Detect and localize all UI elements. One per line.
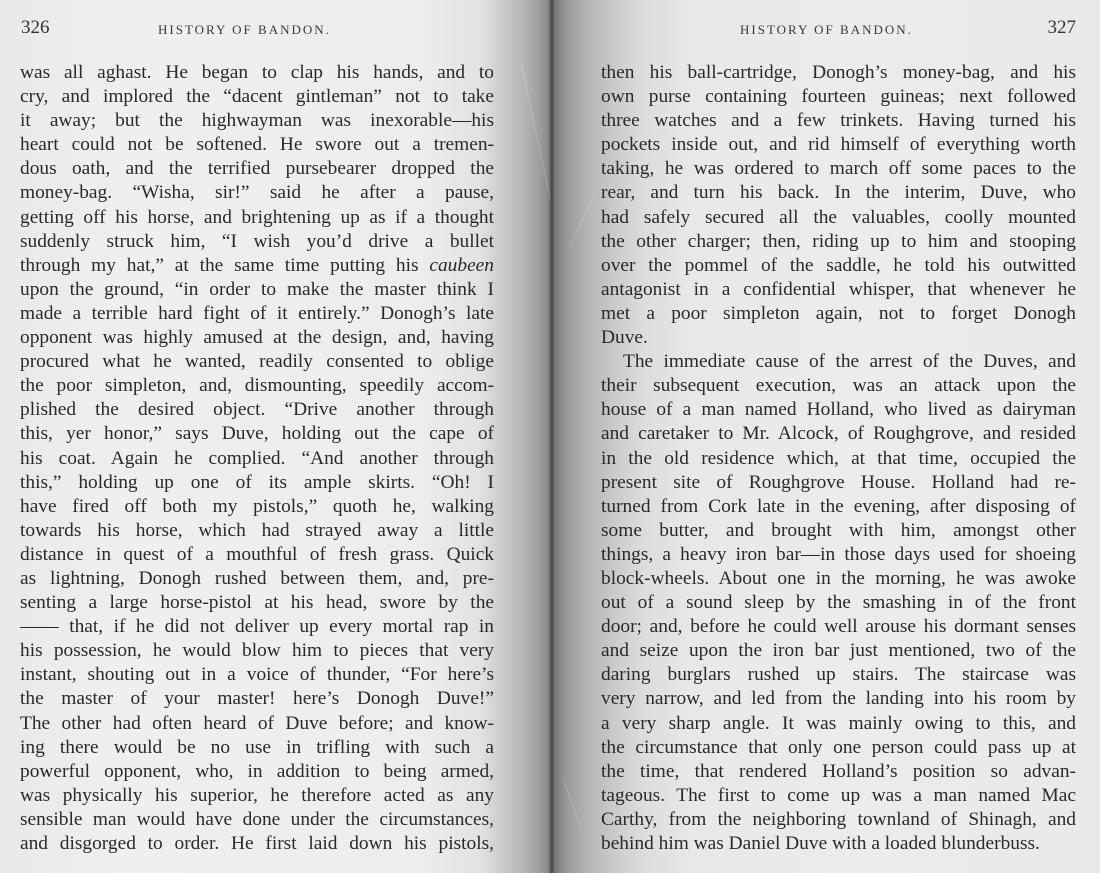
text-line: powerful opponent, who, in addition to b… bbox=[20, 760, 494, 784]
text-line: in the old residence which, at that time… bbox=[601, 447, 1076, 471]
text-line: Carthy, from the neighboring townland of… bbox=[601, 808, 1076, 832]
text-line-with-italic: through my hat,” at the same time puttin… bbox=[20, 254, 494, 278]
text-line: and caretaker to Mr. Alcock, of Roughgro… bbox=[601, 422, 1076, 446]
book-spread: 326 History of Bandon. was all aghast. H… bbox=[0, 0, 1100, 873]
page-number: 327 bbox=[1048, 17, 1077, 39]
italic-word: caubeen bbox=[429, 255, 494, 276]
text-line: the other charger; then, riding up to hi… bbox=[601, 230, 1076, 254]
text-line: the poor simpleton, and, dismounting, sp… bbox=[20, 374, 494, 398]
running-head: History of Bandon. bbox=[740, 22, 913, 38]
text-line: sensible man would have done under the c… bbox=[20, 808, 494, 832]
text-line: very narrow, and led from the landing in… bbox=[601, 687, 1076, 711]
running-head: History of Bandon. bbox=[158, 22, 331, 38]
text-line: his possession, he would blow him to pie… bbox=[20, 639, 494, 663]
text-line: and seize upon the iron bar just mention… bbox=[601, 639, 1076, 663]
text-line: opponent was highly amused at the design… bbox=[20, 326, 494, 350]
text-line: house of a man named Holland, who lived … bbox=[601, 398, 1076, 422]
text-line: the master of your master! here’s Donogh… bbox=[20, 687, 494, 711]
page-body-text: then his ball-cartridge, Donogh’s money-… bbox=[601, 61, 1076, 856]
text-line: their subsequent execution, was an attac… bbox=[601, 374, 1076, 398]
text-line: dous oath, and the terrified pursebearer… bbox=[20, 157, 494, 181]
text-line: senting a large horse-pistol at his head… bbox=[20, 591, 494, 615]
text-line: as lightning, Donogh rushed between them… bbox=[20, 567, 494, 591]
text-line: this, yer honor,” says Duve, holding out… bbox=[20, 422, 494, 446]
text-line: distance in quest of a mouthful of fresh… bbox=[20, 543, 494, 567]
text-line: some butter, and brought with him, among… bbox=[601, 519, 1076, 543]
text-line: ing there would be no use in trifling wi… bbox=[20, 736, 494, 760]
paper-crease bbox=[569, 193, 595, 248]
text-line: turned from Cork late in the evening, af… bbox=[601, 495, 1076, 519]
page-number: 326 bbox=[21, 17, 50, 39]
right-page: History of Bandon. 327 then his ball-car… bbox=[552, 0, 1100, 873]
text-line: the circumstance that only one person co… bbox=[601, 736, 1076, 760]
text-line: the time, that rendered Holland’s positi… bbox=[601, 760, 1076, 784]
paragraph-end-line: Duve. bbox=[601, 326, 1076, 350]
text-line: over the pommel of the saddle, he told h… bbox=[601, 254, 1076, 278]
paragraph-start-line: The immediate cause of the arrest of the… bbox=[601, 350, 1076, 374]
text-line: present site of Roughgrove House. Hollan… bbox=[601, 471, 1076, 495]
text-line: antagonist in a confidential whisper, th… bbox=[601, 278, 1076, 302]
text-line: out of a sound sleep by the smashing in … bbox=[601, 591, 1076, 615]
text-line: block-wheels. About one in the morning, … bbox=[601, 567, 1076, 591]
text-line: and disgorged to order. He first laid do… bbox=[20, 832, 494, 856]
text-line: towards his horse, which had strayed awa… bbox=[20, 519, 494, 543]
text-line: —— that, if he did not deliver up every … bbox=[20, 615, 494, 639]
text-line: then his ball-cartridge, Donogh’s money-… bbox=[601, 61, 1076, 85]
text-line: upon the ground, “in order to make the m… bbox=[20, 278, 494, 302]
text-line: procured what he wanted, readily consent… bbox=[20, 350, 494, 374]
text-line: own purse containing fourteen guineas; n… bbox=[601, 85, 1076, 109]
text-segment: through my hat,” at the same time puttin… bbox=[20, 255, 419, 276]
text-line: getting off his horse, and brightening u… bbox=[20, 206, 494, 230]
text-line: pockets inside out, and rid himself of e… bbox=[601, 133, 1076, 157]
text-line: tageous. The first to come up was a man … bbox=[601, 784, 1076, 808]
text-line: plished the desired object. “Drive anoth… bbox=[20, 398, 494, 422]
text-line: taking, he was ordered to march off some… bbox=[601, 157, 1076, 181]
text-line: daring burglars rushed up stairs. The st… bbox=[601, 663, 1076, 687]
paper-crease bbox=[563, 781, 581, 828]
left-page: 326 History of Bandon. was all aghast. H… bbox=[0, 0, 552, 873]
text-line: three watches and a few trinkets. Having… bbox=[601, 109, 1076, 133]
text-line: this,” holding up one of its ample skirt… bbox=[20, 471, 494, 495]
text-line: it away; but the highwayman was inexorab… bbox=[20, 109, 494, 133]
text-line: made a terrible hard fight of it entirel… bbox=[20, 302, 494, 326]
text-line: money-bag. “Wisha, sir!” said he after a… bbox=[20, 181, 494, 205]
text-line: rear, and turn his back. In the interim,… bbox=[601, 181, 1076, 205]
text-line: instant, shouting out in a voice of thun… bbox=[20, 663, 494, 687]
text-line: behind him was Daniel Duve with a loaded… bbox=[601, 832, 1076, 856]
text-line: have fired off both my pistols,” quoth h… bbox=[20, 495, 494, 519]
text-line: things, a heavy iron bar—in those days u… bbox=[601, 543, 1076, 567]
text-line: cry, and implored the “dacent gintleman”… bbox=[20, 85, 494, 109]
page-body-text: was all aghast. He began to clap his han… bbox=[20, 61, 494, 856]
text-line: heart could not be softened. He swore ou… bbox=[20, 133, 494, 157]
paper-crease bbox=[520, 61, 550, 198]
text-line: door; and, before he could well arouse h… bbox=[601, 615, 1076, 639]
text-line: The other had often heard of Duve before… bbox=[20, 712, 494, 736]
text-line: was all aghast. He began to clap his han… bbox=[20, 61, 494, 85]
text-line: a very sharp angle. It was mainly owing … bbox=[601, 712, 1076, 736]
text-line: met a poor simpleton again, not to forge… bbox=[601, 302, 1076, 326]
text-line: was physically his superior, he therefor… bbox=[20, 784, 494, 808]
text-line: suddenly struck him, “I wish you’d drive… bbox=[20, 230, 494, 254]
text-line: his coat. Again he complied. “And anothe… bbox=[20, 447, 494, 471]
text-line: had safely secured all the valuables, co… bbox=[601, 206, 1076, 230]
